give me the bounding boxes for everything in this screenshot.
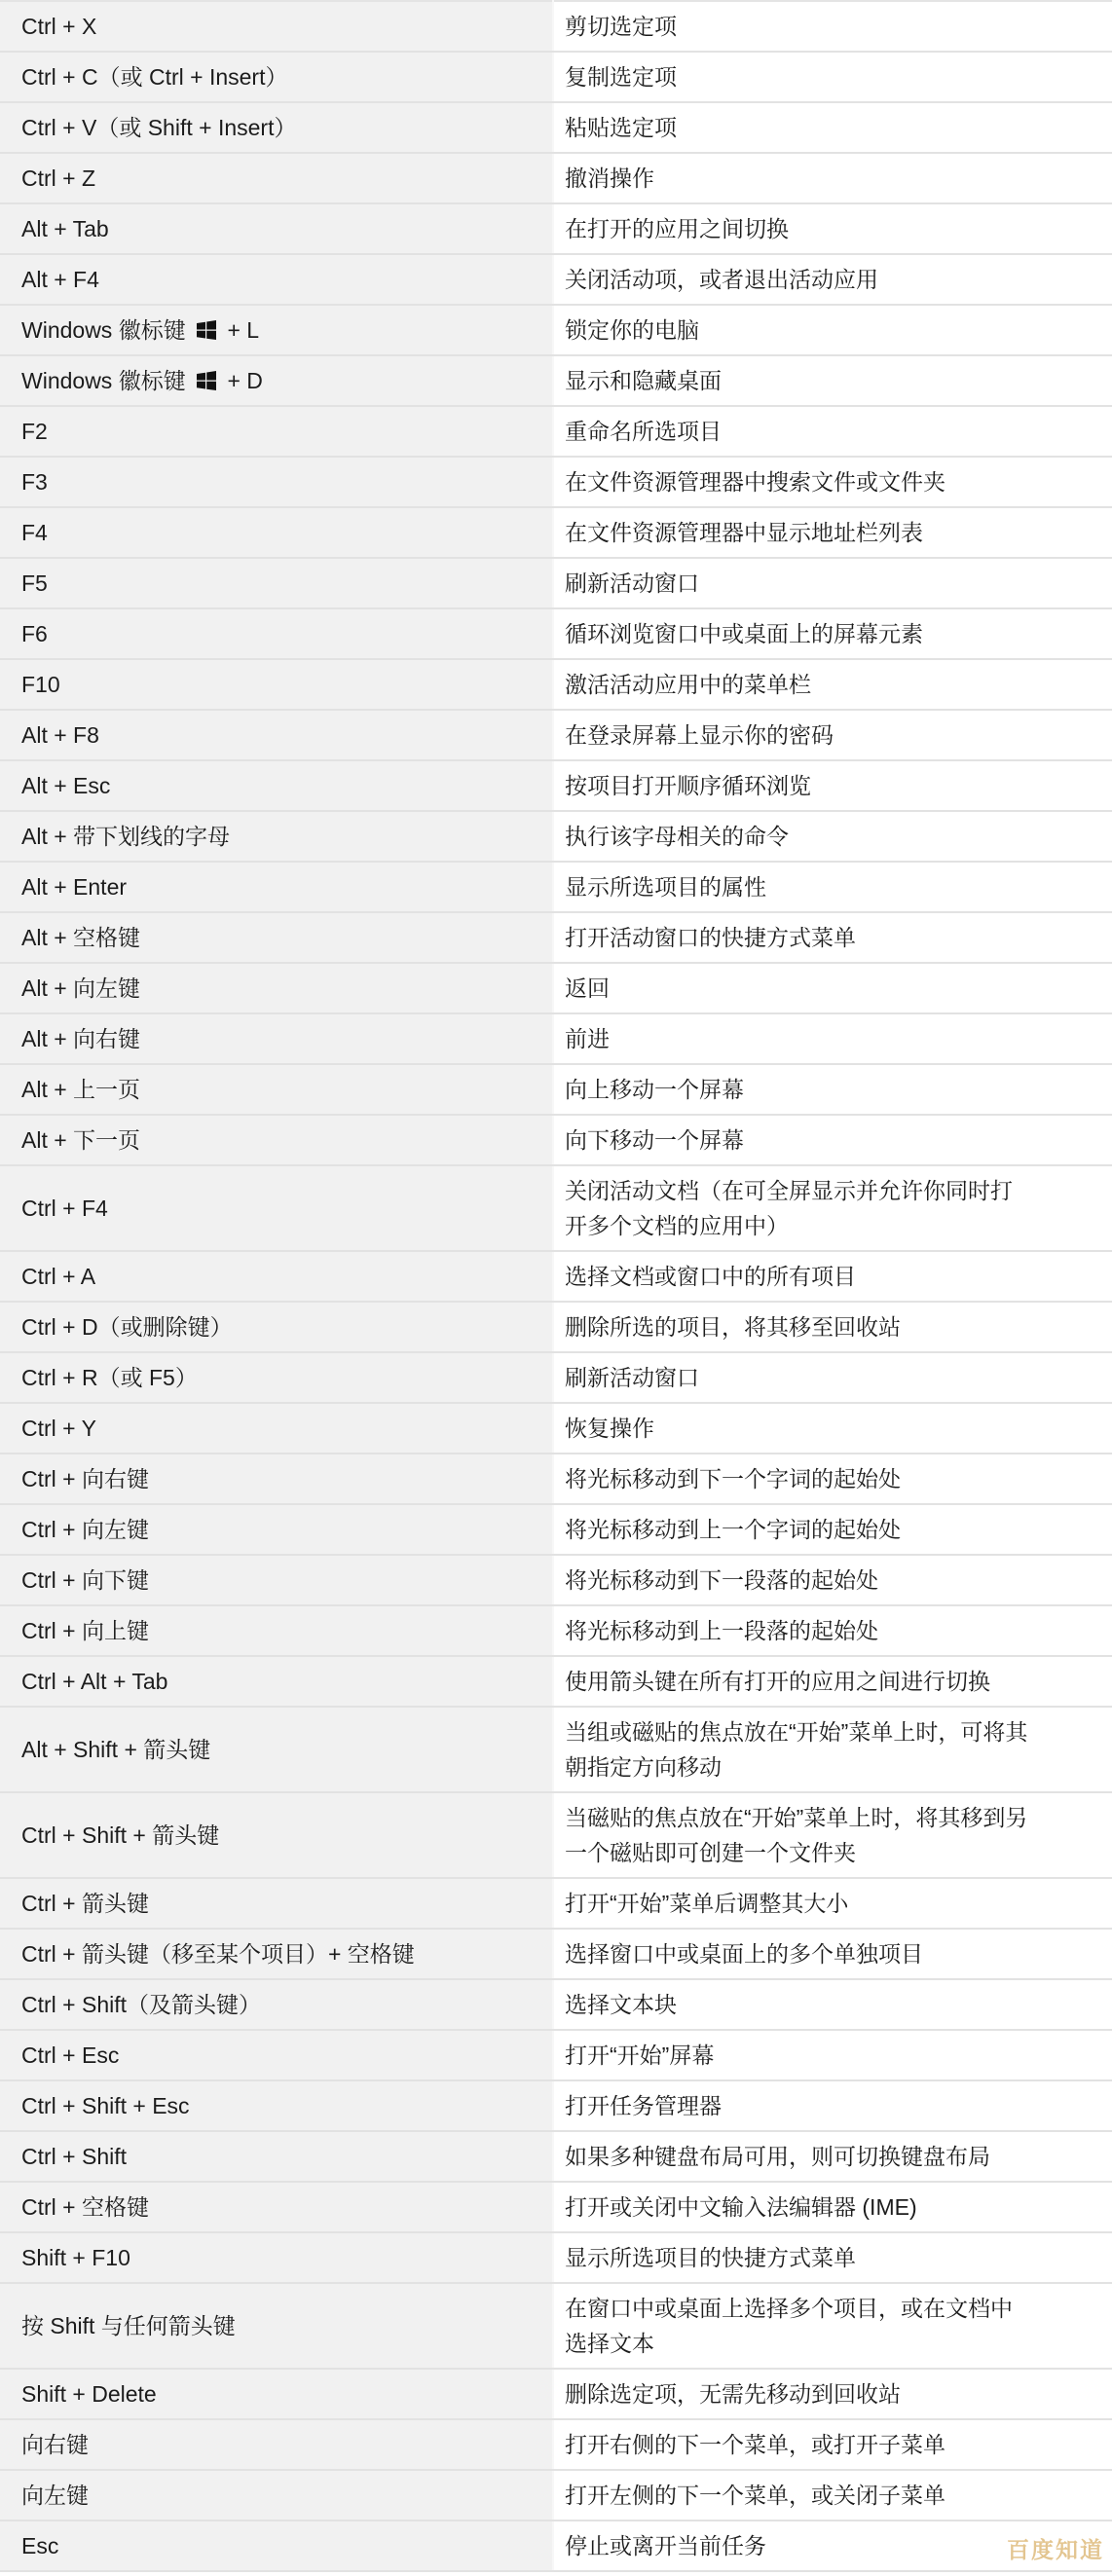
shortcut-row: Ctrl + Shift（及箭头键）选择文本块 [0, 1979, 1112, 2030]
shortcut-row: Shift + Delete删除选定项，无需先移动到回收站 [0, 2369, 1112, 2419]
shortcut-desc-cell: 打开或关闭中文输入法编辑器 (IME) [553, 2182, 1112, 2232]
shortcut-key-cell: F6 [0, 608, 553, 659]
shortcut-key-cell: Alt + 空格键 [0, 912, 553, 963]
shortcut-desc-cell: 重命名所选项目 [553, 406, 1112, 457]
shortcut-desc-cell: 当磁贴的焦点放在“开始”菜单上时，将其移到另一个磁贴即可创建一个文件夹 [553, 1792, 1112, 1878]
shortcut-row: Alt + Shift + 箭头键当组或磁贴的焦点放在“开始”菜单上时，可将其朝… [0, 1707, 1112, 1792]
shortcut-desc-cell: 选择文本块 [553, 1979, 1112, 2030]
shortcut-key-cell: Windows 徽标键 + L [0, 305, 553, 355]
shortcut-key-cell: Alt + 上一页 [0, 1064, 553, 1115]
shortcut-row: Ctrl + 向右键将光标移动到下一个字词的起始处 [0, 1454, 1112, 1504]
shortcut-row: Ctrl + Y恢复操作 [0, 1403, 1112, 1454]
shortcut-key-cell: Ctrl + 箭头键（移至某个项目）+ 空格键 [0, 1929, 553, 1979]
shortcut-desc-cell: 粘贴选定项 [553, 102, 1112, 153]
shortcut-key-cell: Ctrl + 空格键 [0, 2182, 553, 2232]
shortcut-row: Alt + F4关闭活动项，或者退出活动应用 [0, 254, 1112, 305]
shortcut-row: F5刷新活动窗口 [0, 558, 1112, 608]
shortcut-desc-cell: 撤消操作 [553, 153, 1112, 203]
windows-logo-icon [197, 365, 216, 385]
shortcut-desc-cell: 关闭活动项，或者退出活动应用 [553, 254, 1112, 305]
shortcut-desc-cell: 复制选定项 [553, 52, 1112, 102]
shortcut-key-cell: Shift + Delete [0, 2369, 553, 2419]
shortcut-row: F10激活活动应用中的菜单栏 [0, 659, 1112, 710]
shortcut-desc-cell: 将光标移动到上一个字词的起始处 [553, 1504, 1112, 1555]
shortcut-desc-cell: 打开右侧的下一个菜单，或打开子菜单 [553, 2419, 1112, 2470]
shortcut-row: Alt + F8在登录屏幕上显示你的密码 [0, 710, 1112, 760]
shortcut-row: Alt + Enter显示所选项目的属性 [0, 862, 1112, 912]
shortcut-row: Alt + Tab在打开的应用之间切换 [0, 203, 1112, 254]
shortcut-row: F2重命名所选项目 [0, 406, 1112, 457]
shortcut-row: Ctrl + X剪切选定项 [0, 1, 1112, 52]
shortcut-desc-cell: 剪切选定项 [553, 1, 1112, 52]
shortcut-row: F3在文件资源管理器中搜索文件或文件夹 [0, 457, 1112, 507]
shortcut-row: Ctrl + V（或 Shift + Insert）粘贴选定项 [0, 102, 1112, 153]
shortcut-table-body: Ctrl + X剪切选定项Ctrl + C（或 Ctrl + Insert）复制… [0, 1, 1112, 2571]
shortcut-key-cell: Ctrl + V（或 Shift + Insert） [0, 102, 553, 153]
shortcut-desc-cell: 关闭活动文档（在可全屏显示并允许你同时打开多个文档的应用中） [553, 1165, 1112, 1251]
shortcut-key-text: + L [221, 317, 259, 343]
shortcut-desc-cell: 在文件资源管理器中显示地址栏列表 [553, 507, 1112, 558]
shortcut-desc-cell: 打开“开始”屏幕 [553, 2030, 1112, 2080]
shortcut-row: Alt + 上一页向上移动一个屏幕 [0, 1064, 1112, 1115]
shortcut-key-cell: F10 [0, 659, 553, 710]
shortcut-key-text: Windows 徽标键 [21, 317, 192, 343]
shortcut-key-cell: Ctrl + 向下键 [0, 1555, 553, 1605]
shortcut-row: Ctrl + Esc打开“开始”屏幕 [0, 2030, 1112, 2080]
shortcut-key-cell: Alt + 向右键 [0, 1013, 553, 1064]
shortcut-desc-cell: 激活活动应用中的菜单栏 [553, 659, 1112, 710]
shortcut-row: F6循环浏览窗口中或桌面上的屏幕元素 [0, 608, 1112, 659]
shortcut-desc-cell: 刷新活动窗口 [553, 1352, 1112, 1403]
shortcut-key-cell: Alt + 下一页 [0, 1115, 553, 1165]
shortcut-row: Ctrl + F4关闭活动文档（在可全屏显示并允许你同时打开多个文档的应用中） [0, 1165, 1112, 1251]
shortcut-desc-cell: 选择文档或窗口中的所有项目 [553, 1251, 1112, 1302]
shortcut-row: Ctrl + Shift + 箭头键当磁贴的焦点放在“开始”菜单上时，将其移到另… [0, 1792, 1112, 1878]
shortcut-row: Esc停止或离开当前任务 [0, 2521, 1112, 2571]
shortcut-desc-cell: 打开左侧的下一个菜单，或关闭子菜单 [553, 2470, 1112, 2521]
shortcut-key-cell: Alt + F4 [0, 254, 553, 305]
shortcut-key-cell: Alt + Shift + 箭头键 [0, 1707, 553, 1792]
shortcut-desc-cell: 删除所选的项目，将其移至回收站 [553, 1302, 1112, 1352]
shortcut-desc-cell: 将光标移动到下一个字词的起始处 [553, 1454, 1112, 1504]
shortcut-row: Ctrl + R（或 F5）刷新活动窗口 [0, 1352, 1112, 1403]
shortcut-row: F4在文件资源管理器中显示地址栏列表 [0, 507, 1112, 558]
shortcut-row: Alt + 空格键打开活动窗口的快捷方式菜单 [0, 912, 1112, 963]
shortcut-row: 向右键打开右侧的下一个菜单，或打开子菜单 [0, 2419, 1112, 2470]
shortcut-row: Ctrl + 向下键将光标移动到下一段落的起始处 [0, 1555, 1112, 1605]
shortcut-row: Ctrl + D（或删除键）删除所选的项目，将其移至回收站 [0, 1302, 1112, 1352]
shortcut-key-cell: Ctrl + C（或 Ctrl + Insert） [0, 52, 553, 102]
shortcut-desc-cell: 打开任务管理器 [553, 2080, 1112, 2131]
shortcut-desc-cell: 循环浏览窗口中或桌面上的屏幕元素 [553, 608, 1112, 659]
shortcut-desc-cell: 前进 [553, 1013, 1112, 1064]
shortcut-row: 向左键打开左侧的下一个菜单，或关闭子菜单 [0, 2470, 1112, 2521]
shortcut-key-text: Windows 徽标键 [21, 368, 192, 393]
shortcut-row: Alt + 带下划线的字母执行该字母相关的命令 [0, 811, 1112, 862]
shortcut-key-cell: Ctrl + Shift（及箭头键） [0, 1979, 553, 2030]
shortcut-desc-cell: 刷新活动窗口 [553, 558, 1112, 608]
shortcut-key-cell: Ctrl + Y [0, 1403, 553, 1454]
shortcut-desc-cell: 在文件资源管理器中搜索文件或文件夹 [553, 457, 1112, 507]
shortcut-desc-cell: 将光标移动到下一段落的起始处 [553, 1555, 1112, 1605]
shortcut-row: Ctrl + A选择文档或窗口中的所有项目 [0, 1251, 1112, 1302]
shortcut-row: Windows 徽标键 + L锁定你的电脑 [0, 305, 1112, 355]
shortcut-key-cell: F5 [0, 558, 553, 608]
shortcut-row: Alt + 向左键返回 [0, 963, 1112, 1013]
shortcut-key-cell: Ctrl + Esc [0, 2030, 553, 2080]
shortcut-row: Shift + F10显示所选项目的快捷方式菜单 [0, 2232, 1112, 2283]
shortcut-desc-cell: 选择窗口中或桌面上的多个单独项目 [553, 1929, 1112, 1979]
shortcut-key-cell: 向左键 [0, 2470, 553, 2521]
shortcut-key-cell: Alt + Esc [0, 760, 553, 811]
shortcut-row: Ctrl + Alt + Tab使用箭头键在所有打开的应用之间进行切换 [0, 1656, 1112, 1707]
shortcut-key-cell: Esc [0, 2521, 553, 2571]
keyboard-shortcuts-table: Ctrl + X剪切选定项Ctrl + C（或 Ctrl + Insert）复制… [0, 0, 1112, 2572]
shortcut-desc-cell: 按项目打开顺序循环浏览 [553, 760, 1112, 811]
shortcut-key-cell: 按 Shift 与任何箭头键 [0, 2283, 553, 2369]
shortcut-row: Ctrl + 箭头键（移至某个项目）+ 空格键选择窗口中或桌面上的多个单独项目 [0, 1929, 1112, 1979]
shortcut-desc-cell: 向下移动一个屏幕 [553, 1115, 1112, 1165]
shortcut-key-cell: Windows 徽标键 + D [0, 355, 553, 406]
shortcut-key-cell: Ctrl + R（或 F5） [0, 1352, 553, 1403]
shortcut-row: Ctrl + Shift如果多种键盘布局可用，则可切换键盘布局 [0, 2131, 1112, 2182]
shortcut-row: 按 Shift 与任何箭头键在窗口中或桌面上选择多个项目，或在文档中选择文本 [0, 2283, 1112, 2369]
shortcut-key-cell: Ctrl + A [0, 1251, 553, 1302]
shortcut-row: Ctrl + 向左键将光标移动到上一个字词的起始处 [0, 1504, 1112, 1555]
shortcut-key-cell: F4 [0, 507, 553, 558]
shortcut-key-text: + D [221, 368, 263, 393]
shortcut-key-cell: Ctrl + Z [0, 153, 553, 203]
shortcut-desc-cell: 在打开的应用之间切换 [553, 203, 1112, 254]
shortcut-row: Ctrl + 箭头键打开“开始”菜单后调整其大小 [0, 1878, 1112, 1929]
shortcut-key-cell: Alt + 向左键 [0, 963, 553, 1013]
shortcut-row: Alt + Esc按项目打开顺序循环浏览 [0, 760, 1112, 811]
shortcut-key-cell: Ctrl + Shift [0, 2131, 553, 2182]
shortcut-row: Alt + 下一页向下移动一个屏幕 [0, 1115, 1112, 1165]
windows-logo-icon [197, 314, 216, 334]
shortcut-key-cell: Alt + Enter [0, 862, 553, 912]
shortcut-key-cell: F3 [0, 457, 553, 507]
shortcut-row: Windows 徽标键 + D显示和隐藏桌面 [0, 355, 1112, 406]
shortcut-desc-cell: 使用箭头键在所有打开的应用之间进行切换 [553, 1656, 1112, 1707]
shortcut-row: Alt + 向右键前进 [0, 1013, 1112, 1064]
shortcut-desc-cell: 执行该字母相关的命令 [553, 811, 1112, 862]
shortcut-desc-cell: 显示所选项目的属性 [553, 862, 1112, 912]
shortcut-desc-cell: 恢复操作 [553, 1403, 1112, 1454]
shortcut-row: Ctrl + Z撤消操作 [0, 153, 1112, 203]
shortcut-key-cell: Ctrl + D（或删除键） [0, 1302, 553, 1352]
shortcut-desc-cell: 在登录屏幕上显示你的密码 [553, 710, 1112, 760]
shortcut-row: Ctrl + C（或 Ctrl + Insert）复制选定项 [0, 52, 1112, 102]
shortcut-key-cell: Alt + F8 [0, 710, 553, 760]
shortcut-key-cell: Shift + F10 [0, 2232, 553, 2283]
shortcut-desc-cell: 停止或离开当前任务 [553, 2521, 1112, 2571]
shortcut-key-cell: Alt + 带下划线的字母 [0, 811, 553, 862]
shortcut-row: Ctrl + 空格键打开或关闭中文输入法编辑器 (IME) [0, 2182, 1112, 2232]
shortcut-desc-cell: 向上移动一个屏幕 [553, 1064, 1112, 1115]
shortcut-row: Ctrl + 向上键将光标移动到上一段落的起始处 [0, 1605, 1112, 1656]
shortcut-desc-cell: 打开“开始”菜单后调整其大小 [553, 1878, 1112, 1929]
shortcut-key-cell: 向右键 [0, 2419, 553, 2470]
shortcut-key-cell: F2 [0, 406, 553, 457]
shortcut-key-cell: Ctrl + 向左键 [0, 1504, 553, 1555]
shortcut-desc-cell: 在窗口中或桌面上选择多个项目，或在文档中选择文本 [553, 2283, 1112, 2369]
shortcut-key-cell: Ctrl + 箭头键 [0, 1878, 553, 1929]
shortcut-key-cell: Ctrl + F4 [0, 1165, 553, 1251]
shortcut-key-cell: Ctrl + 向上键 [0, 1605, 553, 1656]
shortcut-row: Ctrl + Shift + Esc打开任务管理器 [0, 2080, 1112, 2131]
shortcut-desc-cell: 打开活动窗口的快捷方式菜单 [553, 912, 1112, 963]
shortcut-key-cell: Ctrl + Shift + 箭头键 [0, 1792, 553, 1878]
shortcut-desc-cell: 锁定你的电脑 [553, 305, 1112, 355]
shortcut-desc-cell: 删除选定项，无需先移动到回收站 [553, 2369, 1112, 2419]
shortcut-desc-cell: 返回 [553, 963, 1112, 1013]
shortcut-desc-cell: 当组或磁贴的焦点放在“开始”菜单上时，可将其朝指定方向移动 [553, 1707, 1112, 1792]
shortcut-key-cell: Alt + Tab [0, 203, 553, 254]
shortcut-key-cell: Ctrl + Alt + Tab [0, 1656, 553, 1707]
shortcut-desc-cell: 显示和隐藏桌面 [553, 355, 1112, 406]
shortcut-key-cell: Ctrl + Shift + Esc [0, 2080, 553, 2131]
shortcut-desc-cell: 如果多种键盘布局可用，则可切换键盘布局 [553, 2131, 1112, 2182]
shortcut-desc-cell: 显示所选项目的快捷方式菜单 [553, 2232, 1112, 2283]
shortcut-key-cell: Ctrl + X [0, 1, 553, 52]
shortcut-desc-cell: 将光标移动到上一段落的起始处 [553, 1605, 1112, 1656]
shortcut-key-cell: Ctrl + 向右键 [0, 1454, 553, 1504]
